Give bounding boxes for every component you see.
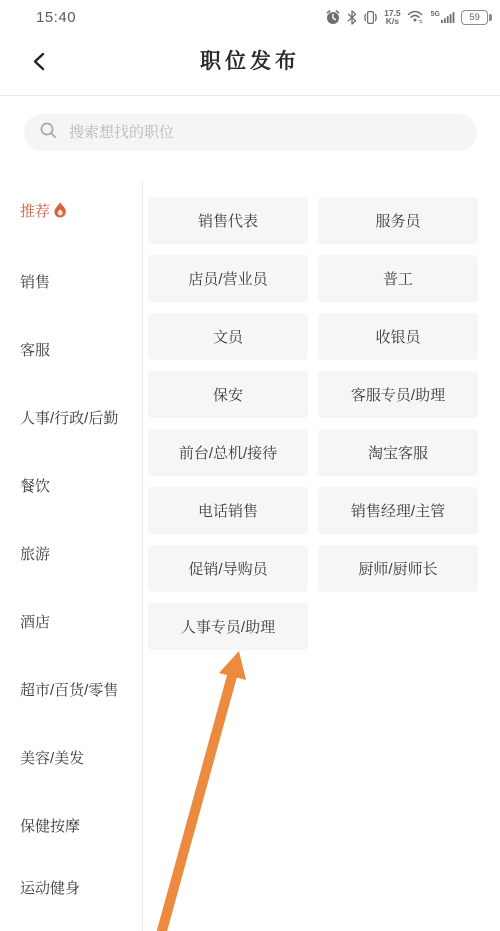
network-speed-unit: K/s: [386, 17, 399, 26]
alarm-icon: [325, 10, 341, 25]
bluetooth-icon: [347, 10, 357, 25]
job-button-cs-specialist[interactable]: 客服专员/助理: [318, 371, 478, 418]
sidebar-item-supermarket-retail[interactable]: 超市/百货/零售: [20, 679, 128, 703]
clock-time: 15:40: [36, 9, 76, 26]
network-speed-indicator: 17.5 K/s: [384, 9, 401, 26]
sidebar-item-fitness[interactable]: 运动健身: [20, 877, 128, 901]
job-button-hr-specialist[interactable]: 人事专员/助理: [148, 603, 308, 650]
sidebar-item-customer-service[interactable]: 客服: [20, 339, 128, 363]
signal-bars-icon: 5G: [431, 10, 455, 24]
sidebar-item-travel[interactable]: 旅游: [20, 543, 128, 567]
sidebar-item-hr-admin[interactable]: 人事/行政/后勤: [20, 407, 128, 431]
job-button-cashier[interactable]: 收银员: [318, 313, 478, 360]
sidebar-item-hotel[interactable]: 酒店: [20, 611, 128, 635]
job-button-sales-rep[interactable]: 销售代表: [148, 197, 308, 244]
job-button-telemarketing[interactable]: 电话销售: [148, 487, 308, 534]
job-button-promoter[interactable]: 促销/导购员: [148, 545, 308, 592]
sidebar-item-sales[interactable]: 销售: [20, 271, 128, 295]
network-type-label: 5G: [431, 11, 440, 18]
job-button-general-worker[interactable]: 普工: [318, 255, 478, 302]
job-button-chef[interactable]: 厨师/厨师长: [318, 545, 478, 592]
vibrate-icon: [363, 10, 378, 25]
job-button-security-guard[interactable]: 保安: [148, 371, 308, 418]
job-button-shop-assistant[interactable]: 店员/营业员: [148, 255, 308, 302]
sidebar-item-beauty-hair[interactable]: 美容/美发: [20, 747, 128, 771]
job-button-sales-manager[interactable]: 销售经理/主管: [318, 487, 478, 534]
job-button-clerk[interactable]: 文员: [148, 313, 308, 360]
header: 职位发布: [0, 32, 500, 95]
wifi-icon: [407, 10, 425, 24]
job-button-receptionist[interactable]: 前台/总机/接待: [148, 429, 308, 476]
status-bar: 15:40 17.5: [0, 0, 500, 32]
sidebar-item-catering[interactable]: 餐饮: [20, 475, 128, 499]
phone-screen: 15:40 17.5: [0, 0, 500, 931]
category-sidebar: 推荐 销售 客服 人事/行政/后勤 餐饮 旅游 酒店 超市/百货/零售 美容/美…: [0, 180, 143, 931]
job-grid: 销售代表 服务员 店员/营业员 普工 文员 收银员 保安 客服专员/助理 前台/…: [143, 180, 500, 931]
battery-percent: 59: [469, 12, 480, 23]
job-button-taobao-cs[interactable]: 淘宝客服: [318, 429, 478, 476]
sidebar-item-massage[interactable]: 保健按摩: [20, 815, 128, 839]
search-input[interactable]: [67, 123, 462, 142]
search-icon: [39, 121, 58, 145]
page-title: 职位发布: [0, 32, 500, 95]
search-bar[interactable]: [24, 114, 477, 151]
header-divider: [0, 95, 500, 96]
flame-icon: [52, 201, 68, 227]
job-button-waiter[interactable]: 服务员: [318, 197, 478, 244]
content: 推荐 销售 客服 人事/行政/后勤 餐饮 旅游 酒店 超市/百货/零售 美容/美…: [0, 180, 500, 931]
sidebar-item-recommended[interactable]: 推荐: [20, 200, 128, 227]
battery-icon: 59: [461, 10, 488, 25]
